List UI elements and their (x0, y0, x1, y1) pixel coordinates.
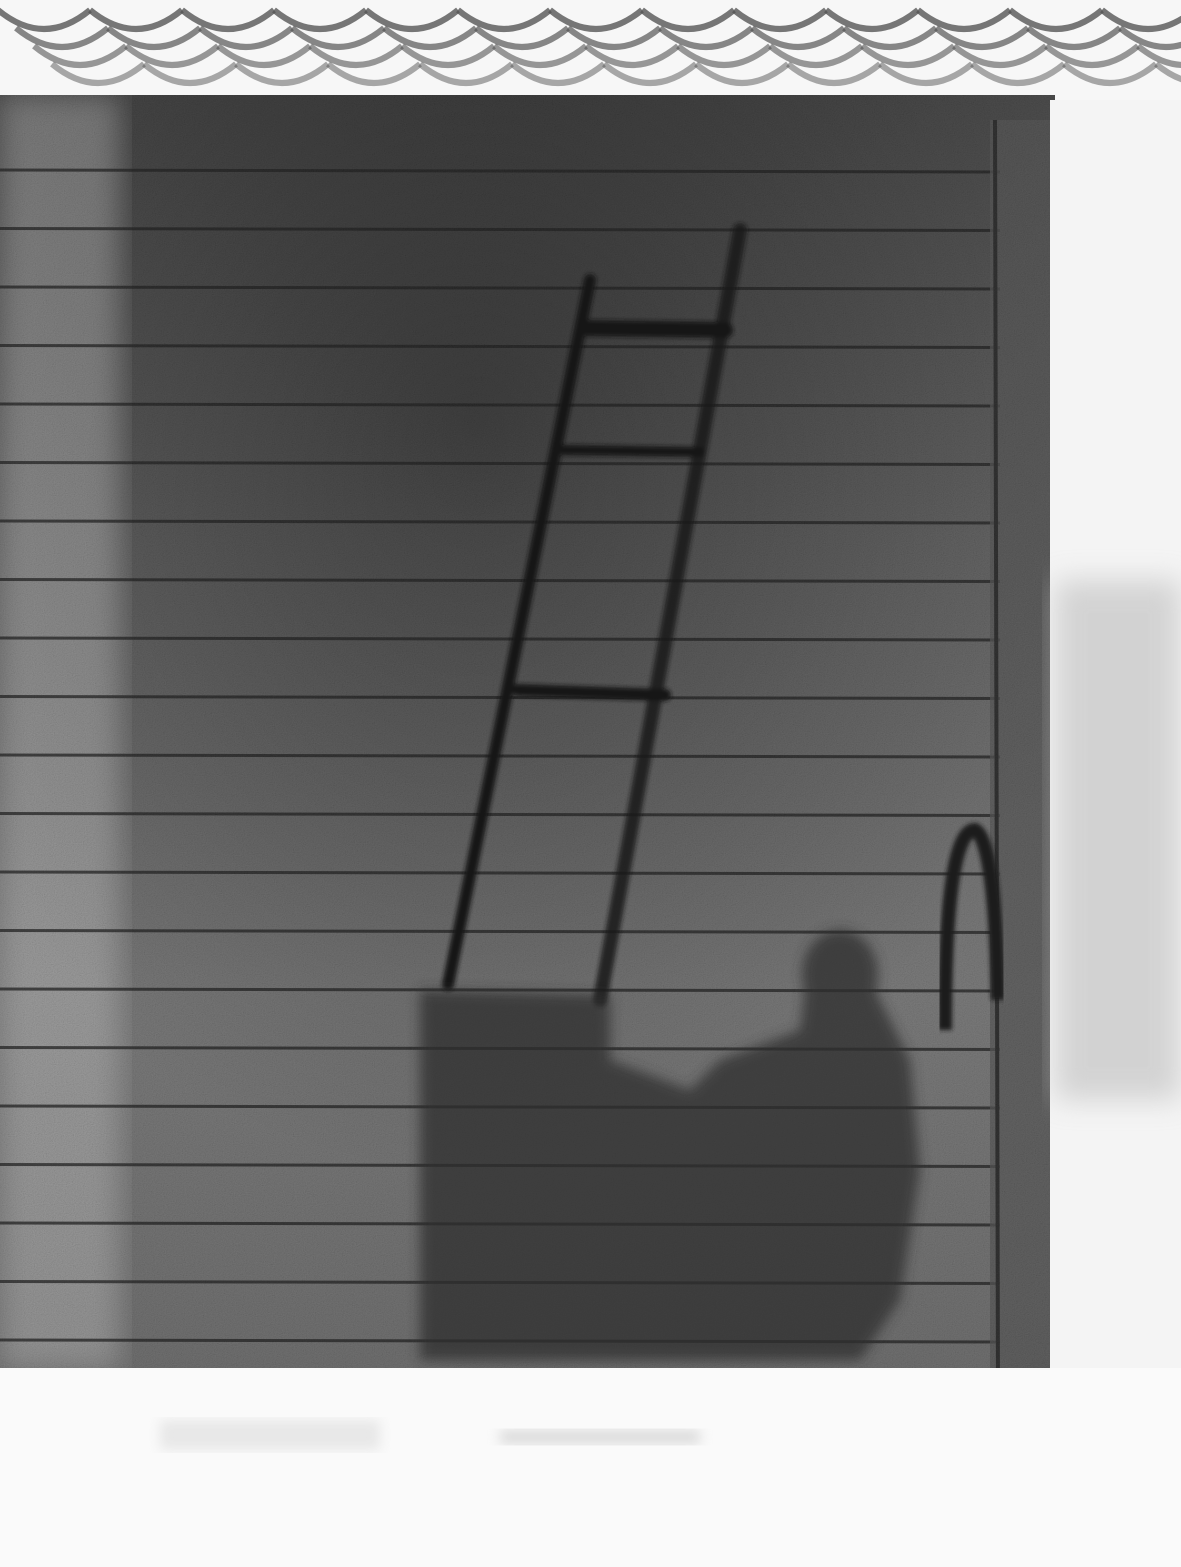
ground (0, 1368, 1181, 1567)
photograph (0, 0, 1181, 1567)
roof-tiles (0, 10, 1181, 83)
background-right (1050, 100, 1181, 1567)
wall-scene (0, 0, 1181, 1567)
